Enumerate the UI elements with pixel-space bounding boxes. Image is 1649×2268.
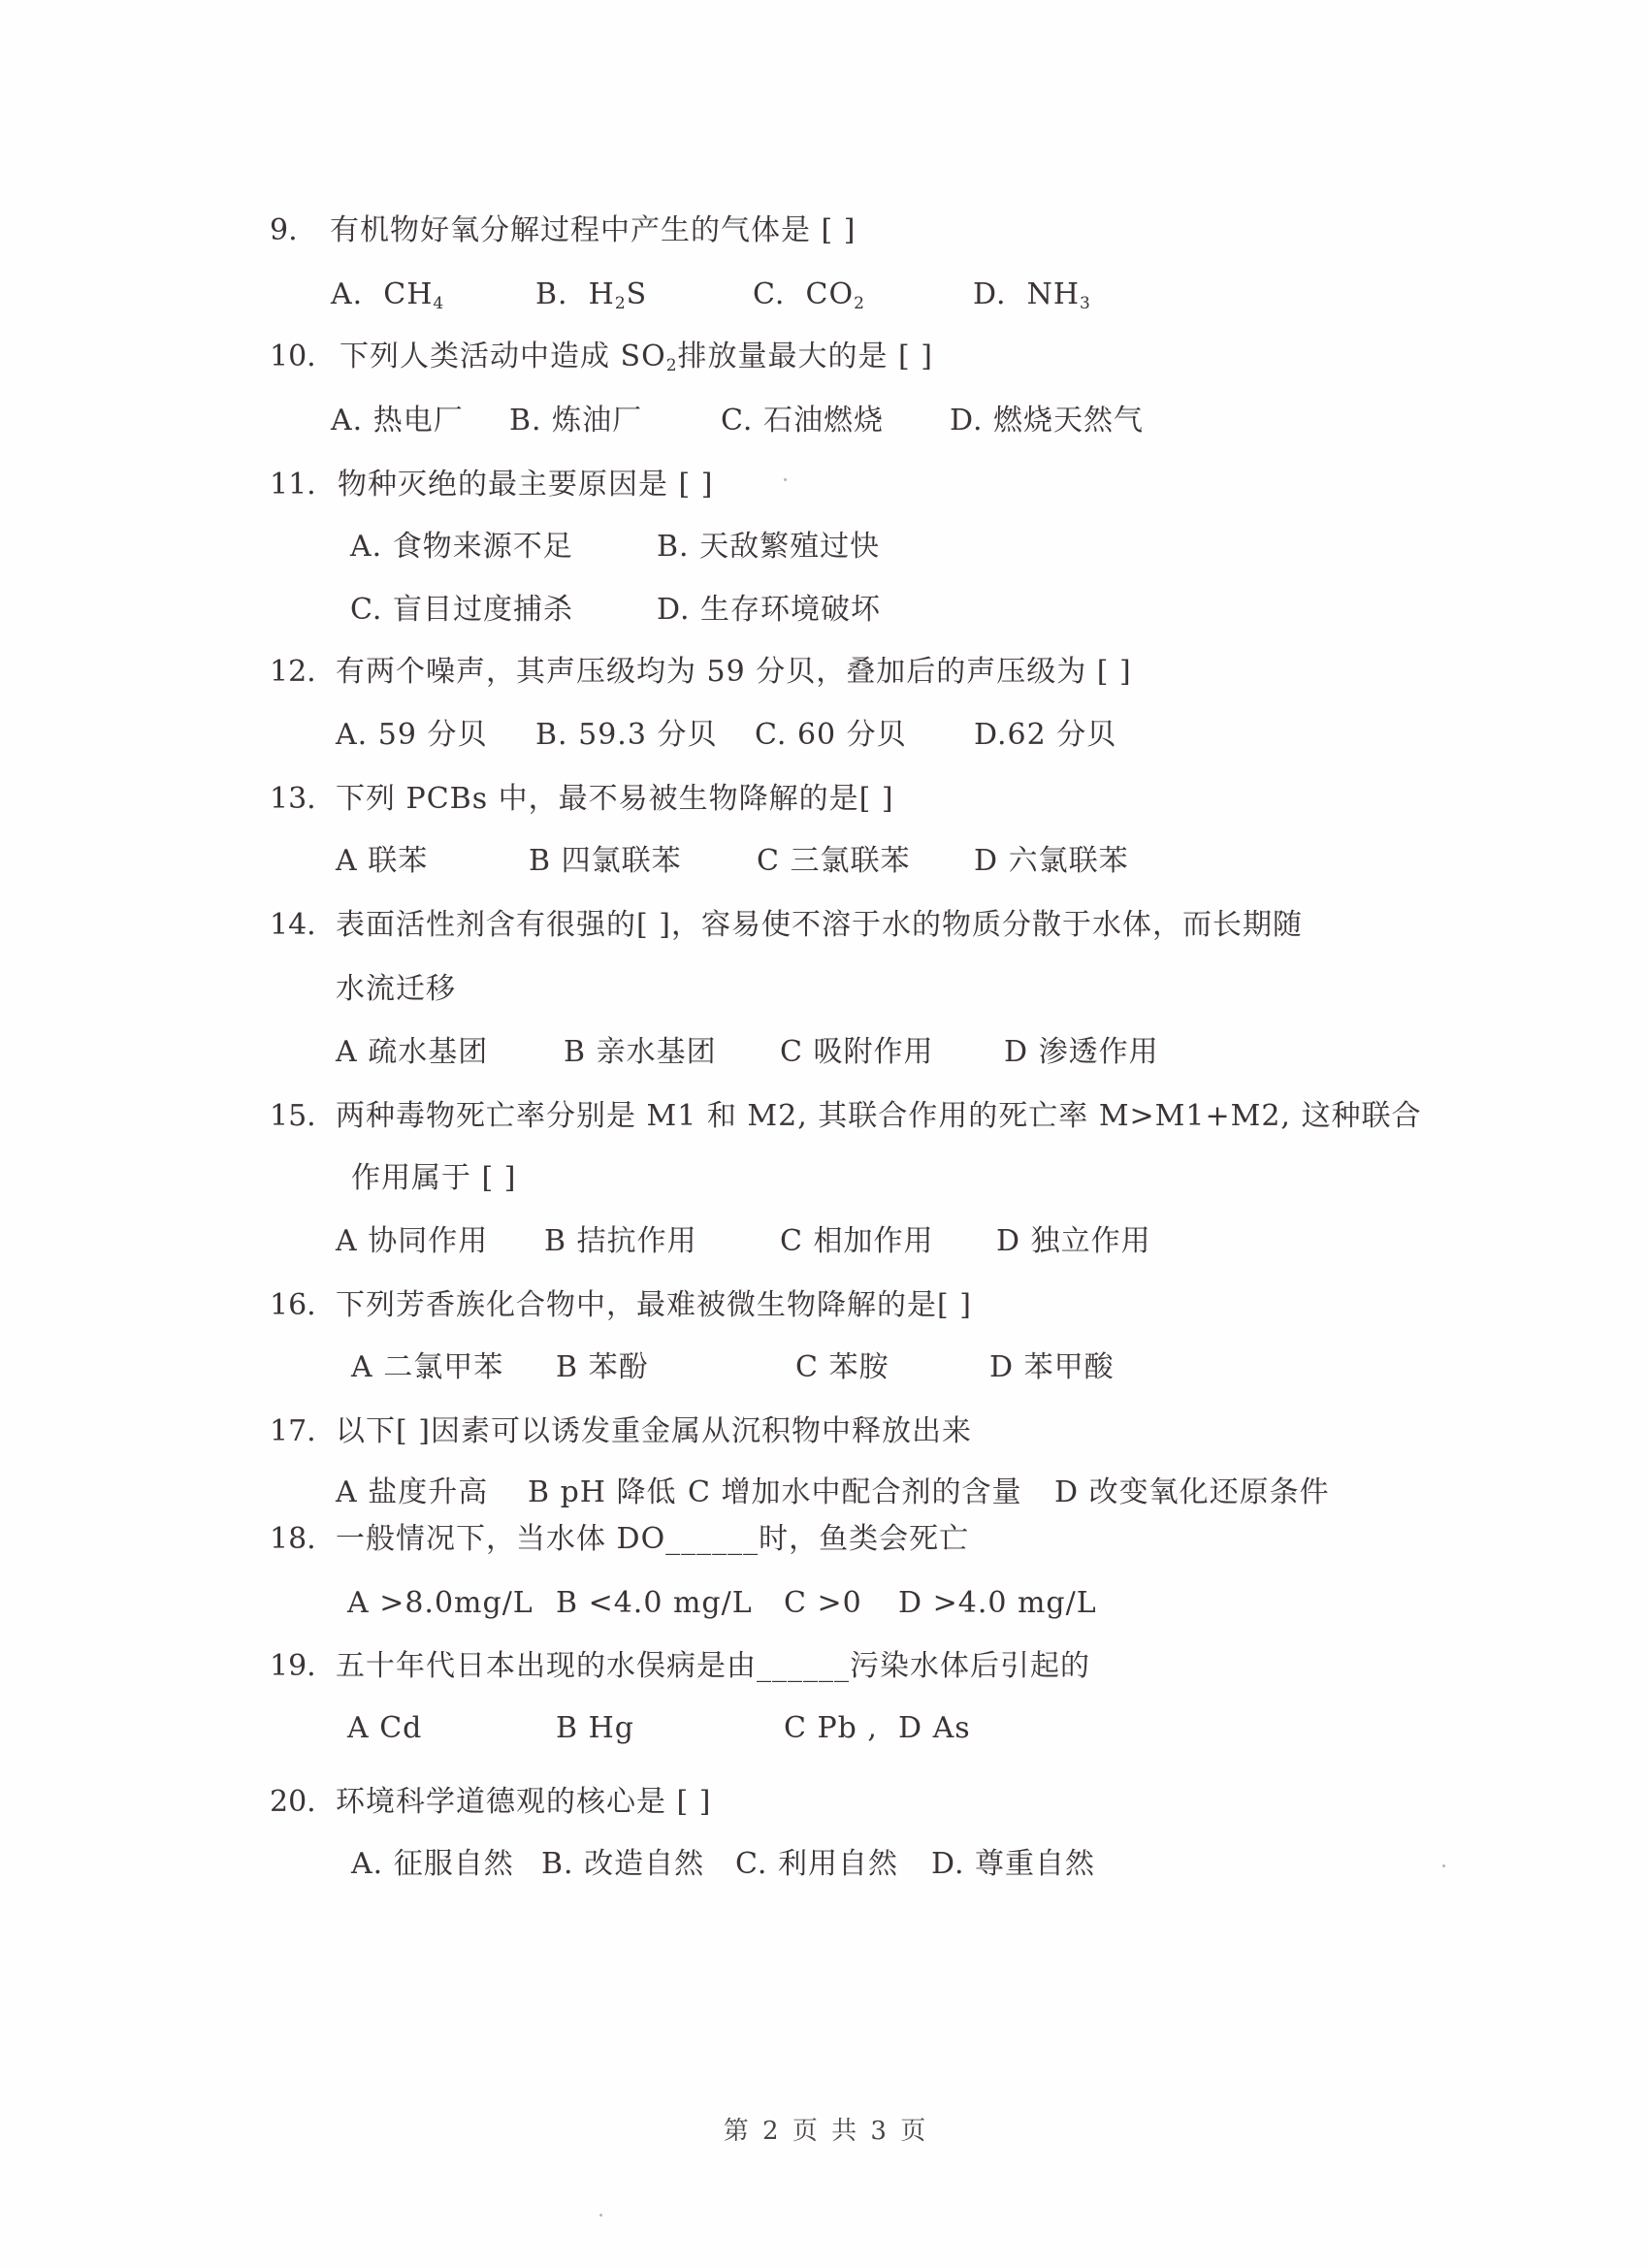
option-b: B. H2S: [535, 277, 647, 312]
question-text: 一般情况下，当水体 DO______时，鱼类会死亡: [336, 1522, 969, 1557]
option-d: D.62 分贝: [974, 718, 1116, 753]
option-b: B. 天敌繁殖过快: [657, 530, 880, 565]
option-c: C. 盲目过度捕杀: [350, 593, 573, 628]
option-a: A. 热电厂: [331, 404, 464, 438]
question-number: 13.: [270, 782, 316, 817]
text-part: 排放量最大的是 [ ]: [678, 340, 933, 373]
option-a: A 联苯: [336, 844, 428, 879]
option-a: A. CH4: [331, 277, 444, 312]
option-d: D 苯甲酸: [989, 1350, 1115, 1385]
question-text: 有两个噪声，其声压级均为 59 分贝，叠加后的声压级为 [ ]: [336, 655, 1132, 690]
option-a: A 二氯甲苯: [351, 1350, 503, 1385]
option-b: B 亲水基团: [564, 1035, 717, 1070]
formula: CO: [806, 277, 855, 311]
question-text: 以下[ ]因素可以诱发重金属从沉积物中释放出来: [336, 1414, 972, 1449]
page-footer: 第 2 页 共 3 页: [0, 2111, 1649, 2147]
option-d: D 渗透作用: [1004, 1035, 1159, 1070]
formula: H: [589, 277, 615, 311]
option-d: D 独立作用: [996, 1224, 1151, 1259]
option-c: C. 石油燃烧: [721, 404, 884, 438]
option-d: D. NH3: [973, 277, 1091, 312]
option-b: B pH 降低: [528, 1475, 676, 1510]
subscript: 2: [666, 356, 678, 375]
question-number: 19.: [270, 1649, 316, 1684]
option-label: B.: [535, 277, 568, 311]
option-c: C 苯胺: [795, 1350, 889, 1385]
question-text: 下列芳香族化合物中，最难被微生物降解的是[ ]: [336, 1288, 972, 1323]
question-text: 有机物好氧分解过程中产生的气体是 [ ]: [330, 213, 856, 248]
scan-speck: [1442, 1864, 1445, 1867]
formula: CH: [383, 277, 433, 311]
option-label: A.: [331, 277, 363, 311]
option-c: C >0: [784, 1586, 862, 1621]
option-a: A 疏水基团: [336, 1035, 488, 1070]
question-text-continued: 水流迁移: [336, 972, 456, 1007]
formula: NH: [1027, 277, 1080, 311]
subscript: 3: [1080, 294, 1091, 313]
option-c: C 吸附作用: [780, 1035, 934, 1070]
option-label: C.: [753, 277, 785, 311]
question-text: 两种毒物死亡率分别是 M1 和 M2, 其联合作用的死亡率 M>M1+M2, 这…: [336, 1099, 1422, 1134]
question-number: 12.: [270, 655, 316, 690]
option-a: A 协同作用: [336, 1224, 488, 1259]
subscript: 2: [615, 294, 627, 313]
question-number: 15.: [270, 1099, 316, 1134]
question-text: 表面活性剂含有很强的[ ]，容易使不溶于水的物质分散于水体，而长期随: [336, 908, 1303, 943]
option-b: B 四氯联苯: [529, 844, 682, 879]
option-a: A. 59 分贝: [336, 718, 487, 753]
formula-tail: S: [627, 277, 648, 311]
question-text: 下列 PCBs 中，最不易被生物降解的是[ ]: [336, 782, 894, 817]
option-d: D 改变氧化还原条件: [1054, 1475, 1330, 1510]
option-d: D >4.0 mg/L: [898, 1586, 1097, 1621]
question-text: 环境科学道德观的核心是 [ ]: [336, 1785, 711, 1820]
question-number: 9.: [270, 213, 298, 248]
question-number: 18.: [270, 1522, 316, 1557]
option-c: C Pb ,: [784, 1711, 878, 1746]
option-d: D. 燃烧天然气: [950, 404, 1144, 438]
option-label: D.: [973, 277, 1007, 311]
subscript: 4: [433, 294, 444, 313]
option-c: C 相加作用: [780, 1224, 934, 1259]
scan-speck: [784, 478, 787, 481]
question-number: 20.: [270, 1785, 316, 1820]
exam-page: 9. 有机物好氧分解过程中产生的气体是 [ ] A. CH4 B. H2S C.…: [0, 0, 1649, 2268]
option-a: A. 征服自然: [351, 1847, 514, 1882]
option-a: A 盐度升高: [336, 1475, 488, 1510]
question-number: 17.: [270, 1414, 316, 1449]
scan-speck: [599, 2214, 602, 2217]
question-number: 10.: [270, 340, 316, 374]
question-number: 16.: [270, 1288, 316, 1323]
option-c: C 三氯联苯: [757, 844, 911, 879]
option-b: B 拮抗作用: [544, 1224, 697, 1259]
option-a: A >8.0mg/L: [347, 1586, 533, 1621]
option-d: D 六氯联苯: [974, 844, 1129, 879]
option-b: B. 59.3 分贝: [535, 718, 717, 753]
question-text: 物种灭绝的最主要原因是 [ ]: [338, 468, 713, 502]
option-b: B. 改造自然: [541, 1847, 704, 1882]
question-text-continued: 作用属于 [ ]: [351, 1161, 516, 1196]
option-d: D. 尊重自然: [931, 1847, 1095, 1882]
subscript: 2: [854, 294, 865, 313]
option-b: B 苯酚: [556, 1350, 649, 1385]
question-number: 11.: [270, 468, 316, 502]
question-text: 五十年代日本出现的水俣病是由______污染水体后引起的: [336, 1649, 1090, 1684]
text-part: 下列人类活动中造成 SO: [339, 340, 666, 373]
option-c: C. 60 分贝: [755, 718, 907, 753]
option-c: C. CO2: [753, 277, 865, 312]
option-b: B <4.0 mg/L: [556, 1586, 753, 1621]
option-d: D As: [898, 1711, 971, 1746]
option-d: D. 生存环境破坏: [657, 593, 881, 628]
option-b: B Hg: [556, 1711, 634, 1746]
option-a: A. 食物来源不足: [350, 530, 573, 565]
question-number: 14.: [270, 908, 316, 943]
option-b: B. 炼油厂: [509, 404, 642, 438]
question-text: 下列人类活动中造成 SO2排放量最大的是 [ ]: [339, 340, 933, 374]
option-c: C 增加水中配合剂的含量: [688, 1475, 1022, 1510]
option-c: C. 利用自然: [735, 1847, 898, 1882]
option-a: A Cd: [347, 1711, 422, 1746]
